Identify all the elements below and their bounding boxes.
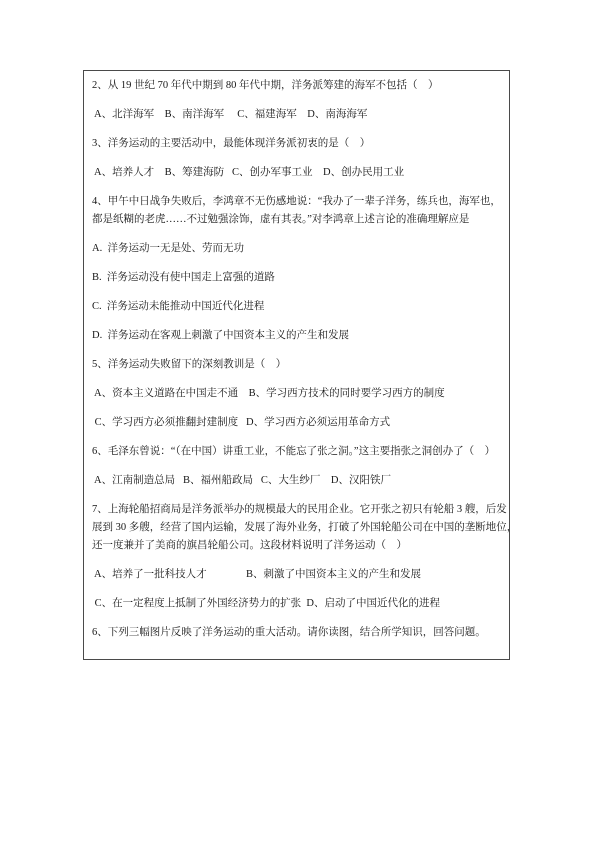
- q4-option-b: B. 洋务运动没有使中国走上富强的道路: [92, 269, 501, 287]
- q7-options-cd: C、在一定程度上抵制了外国经济势力的扩张 D、启动了中国近代化的进程: [92, 595, 501, 613]
- q4-option-c: C. 洋务运动未能推动中国近代化进程: [92, 298, 501, 316]
- q4-stem-line1: 4、甲午中日战争失败后，李鸿章不无伤感地说：“我办了一辈子洋务，练兵也，海军也，: [92, 193, 501, 211]
- q5-options-cd: C、学习西方必须推翻封建制度 D、学习西方必须运用革命方式: [92, 414, 501, 432]
- q2-stem: 2、从 19 世纪 70 年代中期到 80 年代中期，洋务派筹建的海军不包括（ …: [92, 77, 501, 95]
- q7-stem-line3: 还一度兼并了美商的旗昌轮船公司。这段材料说明了洋务运动（ ）: [92, 537, 501, 555]
- q7-stem-line1: 7、上海轮船招商局是洋务派举办的规模最大的民用企业。它开张之初只有轮船 3 艘，…: [92, 501, 501, 519]
- q7-stem-line2: 展到 30 多艘，经营了国内运输，发展了海外业务，打破了外国轮船公司在中国的垄断…: [92, 519, 501, 537]
- q4-stem-line2: 都是纸糊的老虎……不过勉强涂饰，虚有其表。”对李鸿章上述言论的准确理解应是: [92, 211, 501, 229]
- q2-options: A、北洋海军 B、南洋海军 C、福建海军 D、南海海军: [92, 106, 501, 124]
- q5-stem: 5、洋务运动失败留下的深刻教训是（ ）: [92, 356, 501, 374]
- worksheet-page: 2、从 19 世纪 70 年代中期到 80 年代中期，洋务派筹建的海军不包括（ …: [0, 0, 595, 842]
- q4-option-a: A. 洋务运动一无是处、劳而无功: [92, 240, 501, 258]
- q6b-stem: 6、下列三幅图片反映了洋务运动的重大活动。请你读图，结合所学知识，回答问题。: [92, 624, 501, 642]
- question-table-cell: 2、从 19 世纪 70 年代中期到 80 年代中期，洋务派筹建的海军不包括（ …: [83, 70, 510, 660]
- q3-options: A、培养人才 B、筹建海防 C、创办军事工业 D、创办民用工业: [92, 164, 501, 182]
- q5-options-ab: A、资本主义道路在中国走不通 B、学习西方技术的同时要学习西方的制度: [92, 385, 501, 403]
- q6-stem: 6、毛泽东曾说：“（在中国）讲重工业，不能忘了张之洞。”这主要指张之洞创办了（ …: [92, 443, 501, 461]
- q7-options-ab: A、培养了一批科技人才 B、刺激了中国资本主义的产生和发展: [92, 566, 501, 584]
- q4-option-d: D. 洋务运动在客观上刺激了中国资本主义的产生和发展: [92, 327, 501, 345]
- q3-stem: 3、洋务运动的主要活动中，最能体现洋务派初衷的是（ ）: [92, 135, 501, 153]
- q6-options: A、江南制造总局 B、福州船政局 C、大生纱厂 D、汉阳铁厂: [92, 472, 501, 490]
